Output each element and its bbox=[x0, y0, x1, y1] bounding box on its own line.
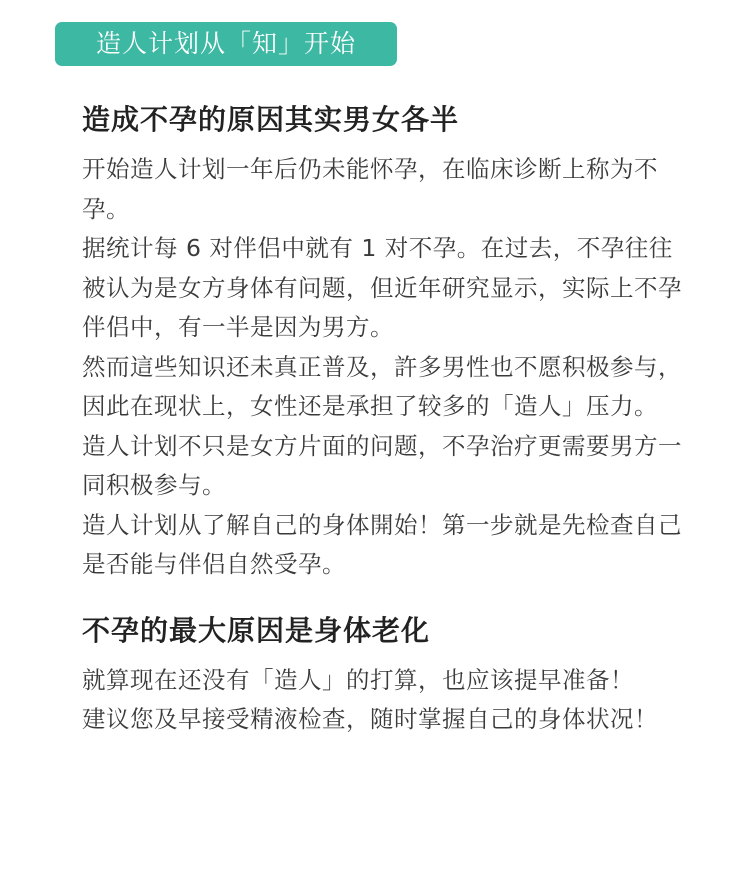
paragraph: 造人计划从了解自己的身体開始！第一步就是先检查自己是否能与伴侣自然受孕。 bbox=[82, 506, 682, 585]
section-aging: 不孕的最大原因是身体老化 就算现在还没有「造人」的打算，也应该提早准备！ 建议您… bbox=[82, 611, 682, 740]
paragraph: 造人计划不只是女方片面的问题，不孕治疗更需要男方一同积极参与。 bbox=[82, 427, 682, 506]
section-banner: 造人计划从「知」开始 bbox=[55, 22, 397, 66]
section-title: 不孕的最大原因是身体老化 bbox=[82, 611, 682, 651]
paragraph: 据统计每 6 对伴侣中就有 1 对不孕。在过去，不孕往往被认为是女方身体有问题，… bbox=[82, 229, 682, 348]
paragraph: 然而這些知识还未真正普及，許多男性也不愿积极参与，因此在现状上，女性还是承担了较… bbox=[82, 348, 682, 427]
section-causes: 造成不孕的原因其实男女各半 开始造人计划一年后仍未能怀孕，在临床诊断上称为不孕。… bbox=[82, 100, 682, 585]
paragraph: 开始造人计划一年后仍未能怀孕，在临床诊断上称为不孕。 bbox=[82, 150, 682, 229]
article-content: 造成不孕的原因其实男女各半 开始造人计划一年后仍未能怀孕，在临床诊断上称为不孕。… bbox=[82, 100, 682, 740]
paragraph: 建议您及早接受精液检查，随时掌握自己的身体状况！ bbox=[82, 700, 682, 740]
paragraph: 就算现在还没有「造人」的打算，也应该提早准备！ bbox=[82, 661, 682, 701]
section-title: 造成不孕的原因其实男女各半 bbox=[82, 100, 682, 140]
